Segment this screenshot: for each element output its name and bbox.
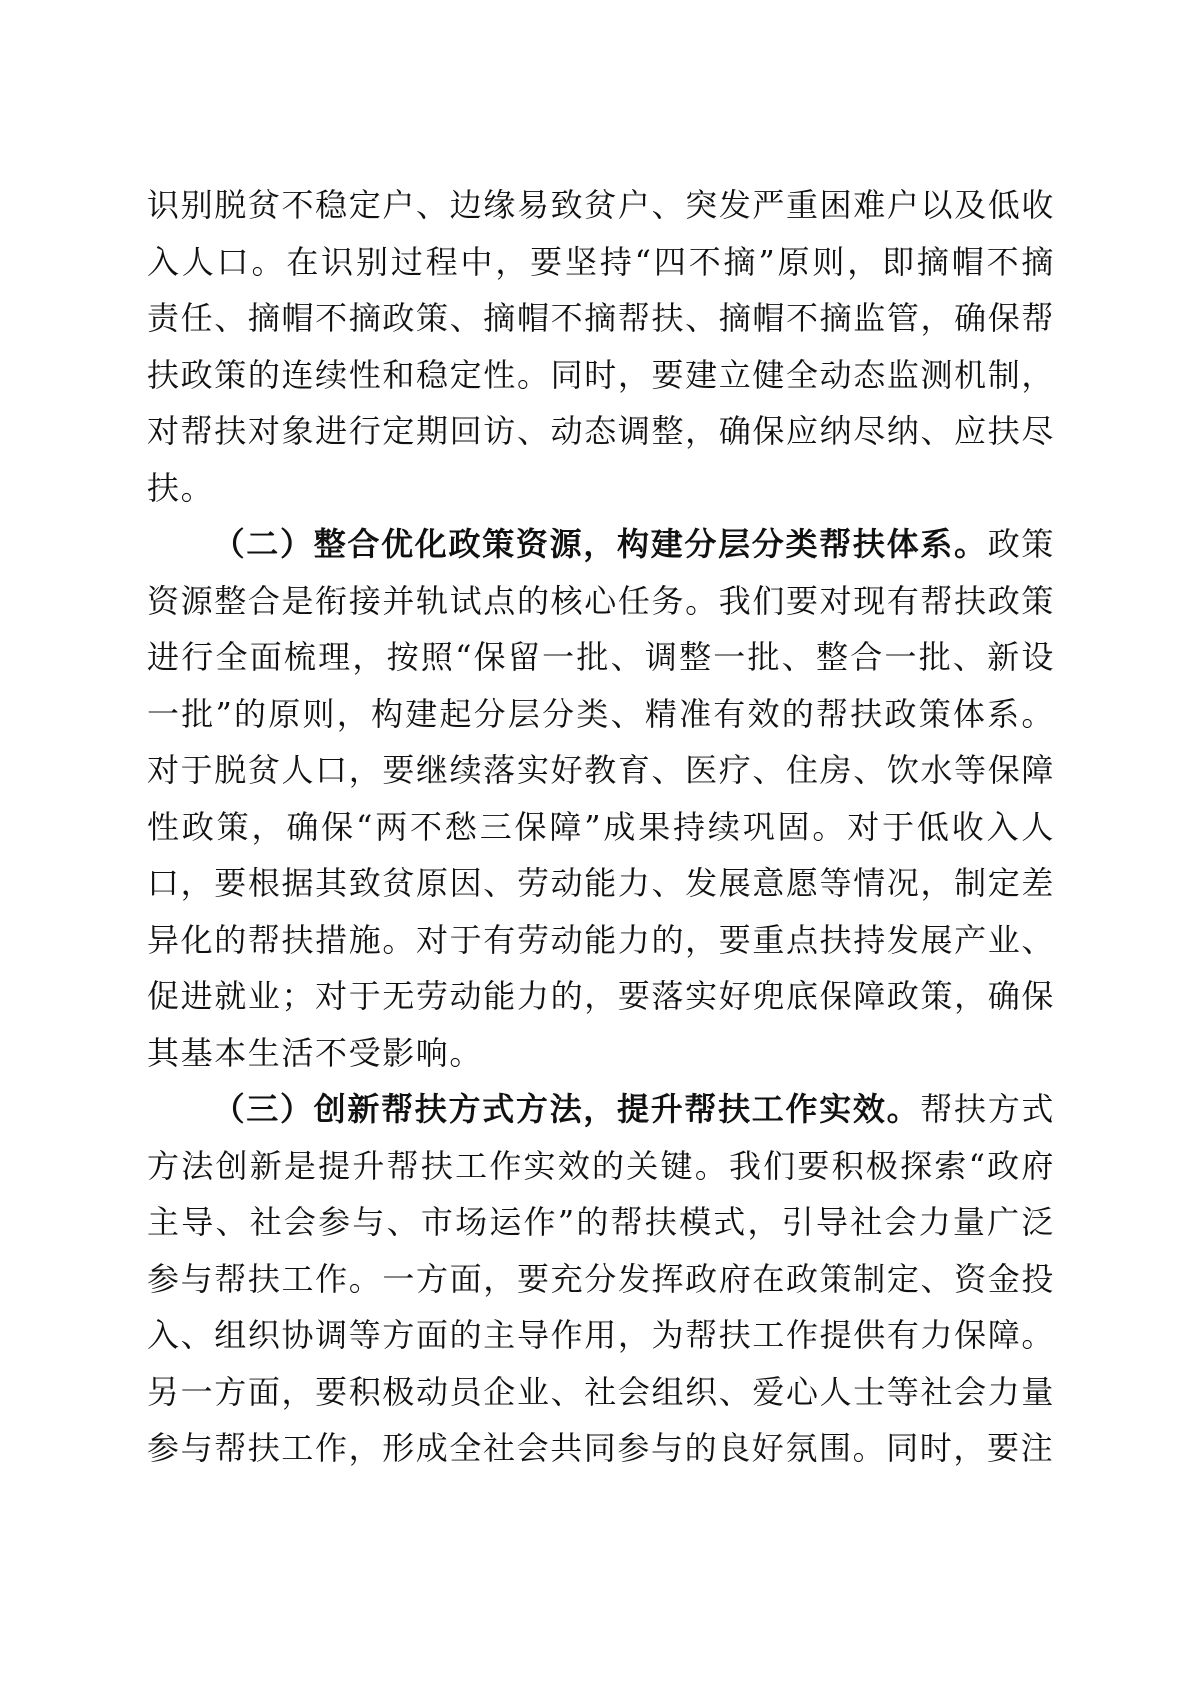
- paragraph: 识别脱贫不稳定户、边缘易致贫户、突发严重困难户以及低收入人口。在识别过程中，要坚…: [147, 177, 1055, 516]
- document-page: 识别脱贫不稳定户、边缘易致贫户、突发严重困难户以及低收入人口。在识别过程中，要坚…: [0, 0, 1190, 1683]
- section-heading-run: （二）整合优化政策资源，构建分层分类帮扶体系。: [213, 525, 988, 563]
- body-text-run: 政策资源整合是衔接并轨试点的核心任务。我们要对现有帮扶政策进行全面梳理，按照“保…: [147, 525, 1055, 1072]
- paragraph: （三）创新帮扶方式方法，提升帮扶工作实效。帮扶方式方法创新是提升帮扶工作实效的关…: [147, 1081, 1055, 1477]
- body-text-run: 识别脱贫不稳定户、边缘易致贫户、突发严重困难户以及低收入人口。在识别过程中，要坚…: [147, 186, 1055, 507]
- section-heading-run: （三）创新帮扶方式方法，提升帮扶工作实效。: [213, 1090, 921, 1128]
- paragraph: （二）整合优化政策资源，构建分层分类帮扶体系。政策资源整合是衔接并轨试点的核心任…: [147, 516, 1055, 1081]
- document-body: 识别脱贫不稳定户、边缘易致贫户、突发严重困难户以及低收入人口。在识别过程中，要坚…: [147, 177, 1055, 1477]
- body-text-run: 帮扶方式方法创新是提升帮扶工作实效的关键。我们要积极探索“政府主导、社会参与、市…: [147, 1090, 1055, 1467]
